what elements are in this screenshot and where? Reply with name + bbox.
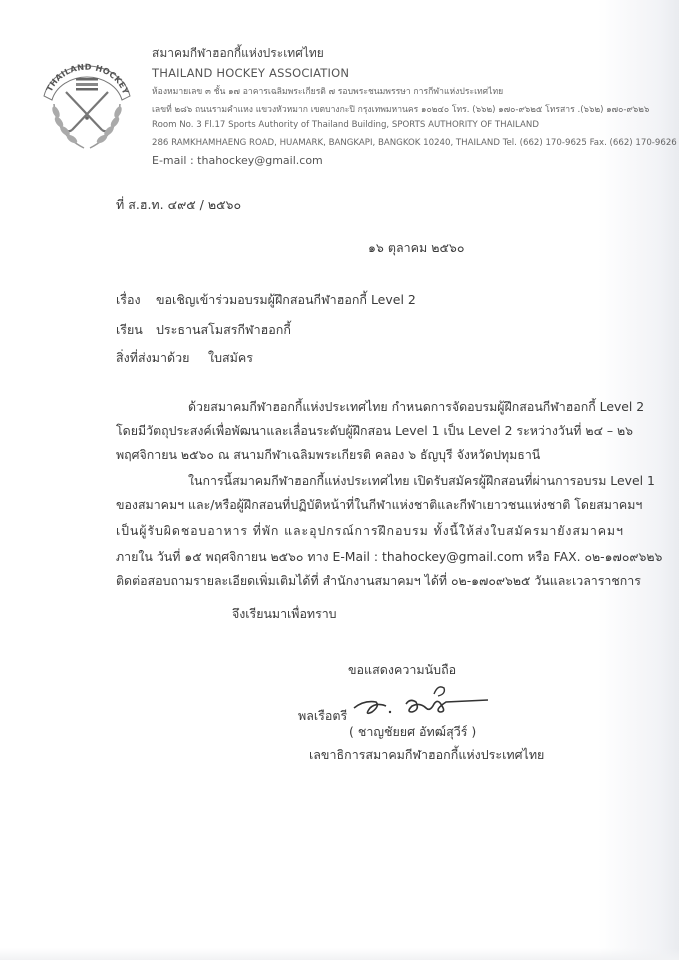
signature-icon [350, 676, 490, 726]
body-line: ติดต่อสอบถามรายละเอียดเพิ่มเติมได้ที่ สำ… [116, 572, 641, 591]
body-line: ในการนี้สมาคมกีฬาฮอกกี้แห่งประเทศไทย เปิ… [188, 472, 655, 491]
address-thai-line-2: เลขที่ ๒๘๖ ถนนรามคำแหง แขวงหัวหมาก เขตบา… [152, 102, 649, 116]
org-email: E-mail : thahockey@gmail.com [152, 154, 323, 167]
body-line: โดยมีวัตถุประสงค์เพื่อพัฒนาและเลื่อนระดั… [116, 422, 633, 441]
body-line: ด้วยสมาคมกีฬาฮอกกี้แห่งประเทศไทย กำหนดกา… [188, 398, 644, 417]
signer-position: เลขาธิการสมาคมกีฬาฮอกกี้แห่งประเทศไทย [309, 745, 544, 765]
hockey-association-logo-icon: THAILAND HOCKEY ASSOCIATION [36, 52, 136, 156]
closing-line: จึงเรียนมาเพื่อทราบ [232, 605, 337, 624]
page-shadow [0, 948, 679, 960]
address-english-line-1: Room No. 3 Fl.17 Sports Authority of Tha… [152, 120, 539, 130]
subject-label: เรื่อง [116, 290, 141, 310]
address-english-line-2: 286 RAMKHAMHAENG ROAD, HUAMARK, BANGKAPI… [152, 138, 677, 148]
address-thai-line-1: ห้องหมายเลข ๓ ชั้น ๑๗ อาคารเฉลิมพระเกียร… [152, 84, 503, 98]
body-line: ภายใน วันที่ ๑๕ พฤศจิกายน ๒๕๖๐ ทาง E-Mai… [116, 548, 662, 567]
enclosure-label: สิ่งที่ส่งมาด้วย [116, 348, 189, 368]
org-name-english: THAILAND HOCKEY ASSOCIATION [152, 66, 349, 80]
body-line: เป็นผู้รับผิดชอบอาหาร ที่พัก และอุปกรณ์ก… [116, 522, 624, 541]
recipient-label: เรียน [116, 320, 143, 340]
subject-value: ขอเชิญเข้าร่วมอบรมผู้ฝึกสอนกีฬาฮอกกี้ Le… [156, 290, 416, 310]
enclosure-value: ใบสมัคร [208, 348, 253, 368]
body-line: ของสมาคมฯ และ/หรือผู้ฝึกสอนที่ปฏิบัติหน้… [116, 496, 642, 515]
recipient-value: ประธานสโมสรกีฬาฮอกกี้ [156, 320, 291, 340]
org-name-thai: สมาคมกีฬาฮอกกี้แห่งประเทศไทย [152, 44, 324, 63]
reference-number: ที่ ส.ฮ.ท. ๔๙๕ / ๒๕๖๐ [116, 195, 241, 215]
letter-date: ๑๖ ตุลาคม ๒๕๖๐ [368, 238, 464, 258]
signer-rank: พลเรือตรี [298, 706, 347, 726]
body-line: พฤศจิกายน ๒๕๖๐ ณ สนามกีฬาเฉลิมพระเกียรติ… [116, 446, 540, 465]
signer-name: ( ชาญชัยยศ อัทฒ์สุวีร์ ) [349, 722, 476, 742]
letter-page: THAILAND HOCKEY ASSOCIATION สมาคมกีฬาฮอก… [0, 0, 679, 960]
